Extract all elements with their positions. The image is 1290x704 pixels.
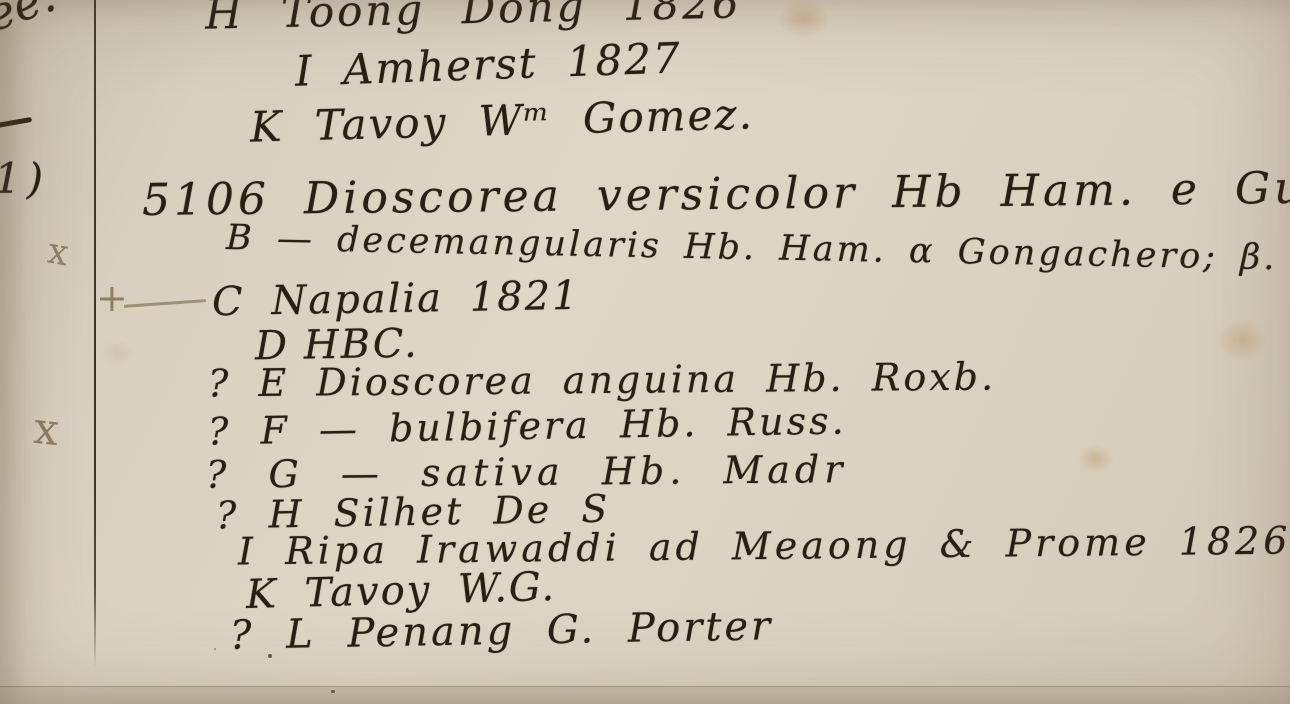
line-e-dioscorea-anguina: ? E Dioscorea anguina Hb. Roxb. xyxy=(208,355,996,406)
margin-pencil-cross-lower: x xyxy=(31,403,61,456)
margin-corner-fragment: ee. xyxy=(0,0,62,42)
line-l-penang-porter: ? L Penang G. Porter xyxy=(230,603,774,658)
margin-pencil-plus: + xyxy=(96,276,128,320)
page-bottom-edge xyxy=(0,686,1290,704)
margin-rule-line xyxy=(94,0,96,668)
foxing-stain xyxy=(1078,444,1114,474)
foxing-stain xyxy=(1216,318,1268,362)
line-f-bulbifera: ? F — bulbifera Hb. Russ. xyxy=(208,398,847,453)
foxing-stain xyxy=(778,0,830,38)
margin-pencil-cross-upper: x xyxy=(45,231,72,275)
margin-ink-dash xyxy=(0,117,32,128)
margin-pencil-dash xyxy=(124,299,206,308)
ink-speck xyxy=(331,690,335,693)
foxing-stain xyxy=(100,340,134,366)
ink-speck xyxy=(214,648,216,650)
line-b-decemangularis: B — decemangularis Hb. Ham. α Gongachero… xyxy=(226,218,1290,282)
manuscript-scan: ee. 1) x x + H Toong Dong 1826 I Amherst… xyxy=(0,0,1290,704)
entry-5106-heading: 5106 Dioscorea versicolor Hb Ham. e Gual… xyxy=(142,161,1290,226)
line-c-napalia: C Napalia 1821 xyxy=(212,273,580,325)
line-h-toong-dong: H Toong Dong 1826 xyxy=(205,0,743,39)
line-i-amherst: I Amherst 1827 xyxy=(294,33,682,95)
margin-numeral: 1) xyxy=(0,154,49,203)
line-k-tavoy-gomez: K Tavoy Wᵐ Gomez. xyxy=(249,89,754,151)
